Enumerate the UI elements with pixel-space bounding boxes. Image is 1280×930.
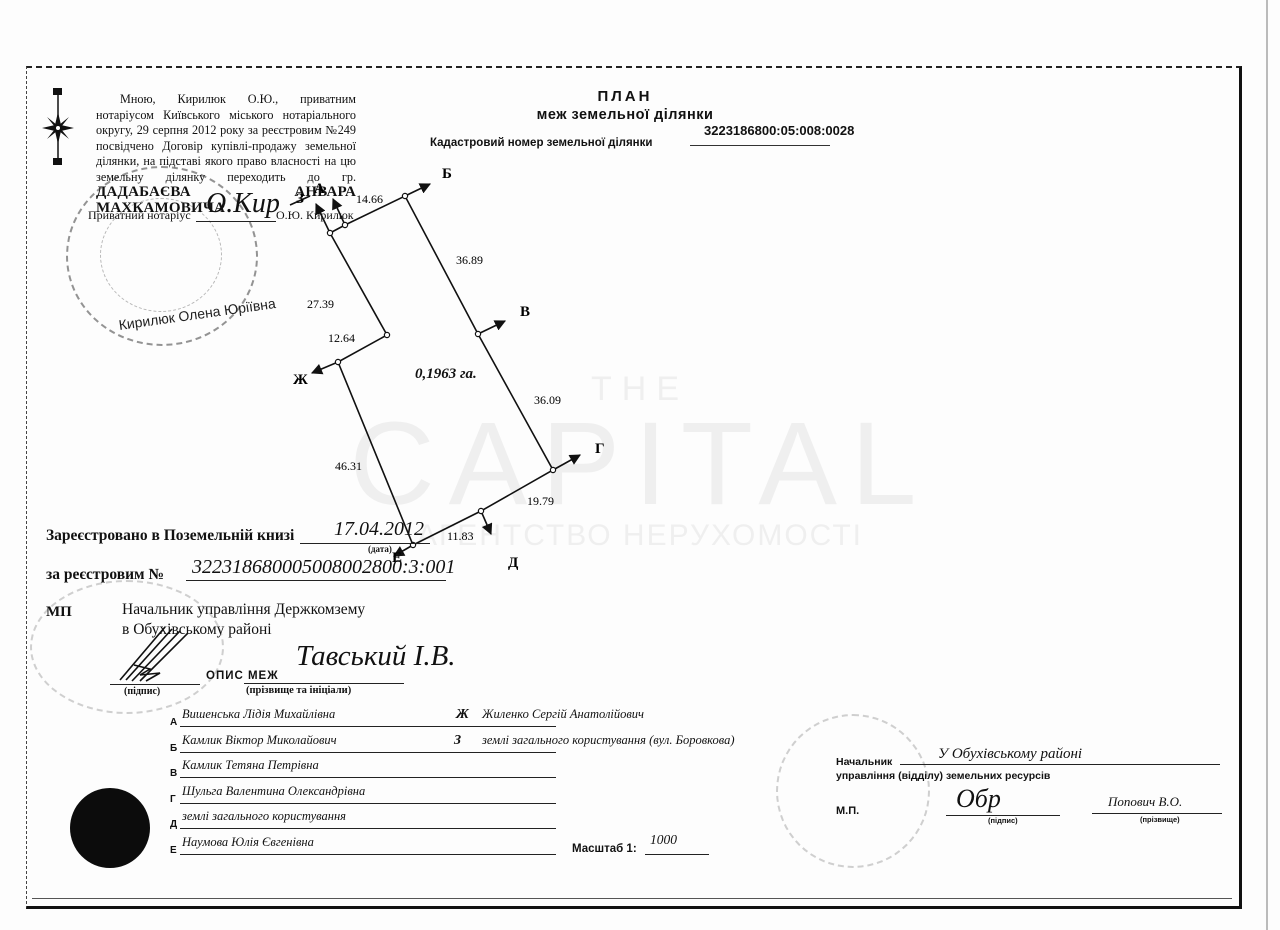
point-z: З bbox=[296, 191, 304, 207]
approval-stamp-place: М.П. bbox=[836, 805, 859, 817]
point-a: А bbox=[314, 181, 325, 197]
point-b: Б bbox=[442, 166, 452, 182]
surveyor-name: Тавський І.В. bbox=[296, 640, 456, 673]
land-committee-signature bbox=[110, 625, 200, 685]
chief-surname-line bbox=[1092, 813, 1222, 814]
surveyor-line bbox=[244, 683, 404, 684]
chief-surname: Попович В.О. bbox=[1108, 794, 1182, 810]
neighbor-underline bbox=[180, 752, 556, 753]
department-label: управління (відділу) земельних ресурсів bbox=[836, 770, 1050, 782]
chief-label: Начальник bbox=[836, 756, 892, 768]
stamp-place-label: МП bbox=[46, 604, 72, 621]
length-b-v: 36.89 bbox=[456, 253, 483, 267]
neighbor-underline bbox=[180, 777, 556, 778]
length-zh-bp: 12.64 bbox=[328, 331, 355, 345]
chief-signature-hint: (підпис) bbox=[988, 816, 1018, 825]
neighbor-name: Камлик Віктор Миколайович bbox=[182, 733, 337, 748]
scale-value: 1000 bbox=[650, 832, 677, 848]
neighbor-letter: З bbox=[454, 733, 461, 749]
registration-label: Зареєстровано в Поземельній книзі bbox=[46, 527, 294, 545]
neighbor-name: Камлик Тетяна Петрівна bbox=[182, 758, 319, 773]
length-e-zh: 46.31 bbox=[335, 459, 362, 473]
land-committee-signature-line bbox=[110, 684, 200, 685]
chief-signature: Обр bbox=[956, 784, 1001, 814]
length-v-g: 36.09 bbox=[534, 393, 561, 407]
neighbor-underline bbox=[180, 828, 556, 829]
point-d: Д bbox=[508, 555, 519, 571]
neighbor-name: Жиленко Сергій Анатолійович bbox=[482, 707, 644, 722]
land-committee-head-line1: Начальник управління Держкомзему bbox=[122, 601, 365, 619]
chief-district: У Обухівському районі bbox=[938, 746, 1082, 763]
neighbor-underline bbox=[180, 803, 556, 804]
chief-underline bbox=[900, 764, 1220, 765]
scale-underline bbox=[645, 854, 709, 855]
registration-number-label: за реєстровим № bbox=[46, 566, 164, 584]
neighbor-letter: Ж bbox=[456, 707, 469, 723]
point-g: Г bbox=[595, 441, 605, 457]
length-g-d: 19.79 bbox=[527, 494, 554, 508]
point-zh: Ж bbox=[293, 372, 308, 388]
land-committee-signature-hint: (підпис) bbox=[124, 686, 160, 697]
scale-label: Масштаб 1: bbox=[572, 843, 637, 855]
registration-date: 17.04.2012 bbox=[334, 518, 424, 541]
parcel-area: 0,1963 га. bbox=[415, 366, 477, 383]
boundary-description-title: ОПИС МЕЖ bbox=[206, 670, 279, 682]
neighbor-name: землі загального користування bbox=[182, 809, 346, 824]
neighbor-letter: Г bbox=[170, 794, 176, 805]
point-v: В bbox=[520, 304, 530, 320]
length-d-e: 11.83 bbox=[447, 529, 474, 543]
registration-date-hint: (дата) bbox=[368, 544, 392, 554]
neighbor-name: Наумова Юлія Євгенівна bbox=[182, 835, 314, 850]
neighbor-underline bbox=[180, 854, 556, 855]
neighbor-name: Шульга Валентина Олександрівна bbox=[182, 784, 365, 799]
length-z-b: 14.66 bbox=[356, 192, 383, 206]
registration-number: 322318680005008002800:3:001 bbox=[192, 556, 455, 579]
length-bp-a: 27.39 bbox=[307, 297, 334, 311]
neighbor-underline bbox=[180, 726, 556, 727]
neighbor-letter: А bbox=[170, 717, 177, 728]
neighbor-letter: Е bbox=[170, 845, 177, 856]
neighbor-letter: Д bbox=[170, 819, 177, 830]
neighbor-name: землі загального користування (вул. Боро… bbox=[482, 733, 735, 748]
surveyor-hint: (прізвище та ініціали) bbox=[246, 685, 351, 696]
chief-surname-hint: (прізвище) bbox=[1140, 815, 1180, 824]
neighbor-letter: Б bbox=[170, 743, 177, 754]
neighbor-name: Вишенська Лідія Михайлівна bbox=[182, 707, 335, 722]
registration-number-line bbox=[186, 580, 446, 581]
neighbor-letter: В bbox=[170, 768, 177, 779]
registration-date-line bbox=[300, 543, 430, 544]
